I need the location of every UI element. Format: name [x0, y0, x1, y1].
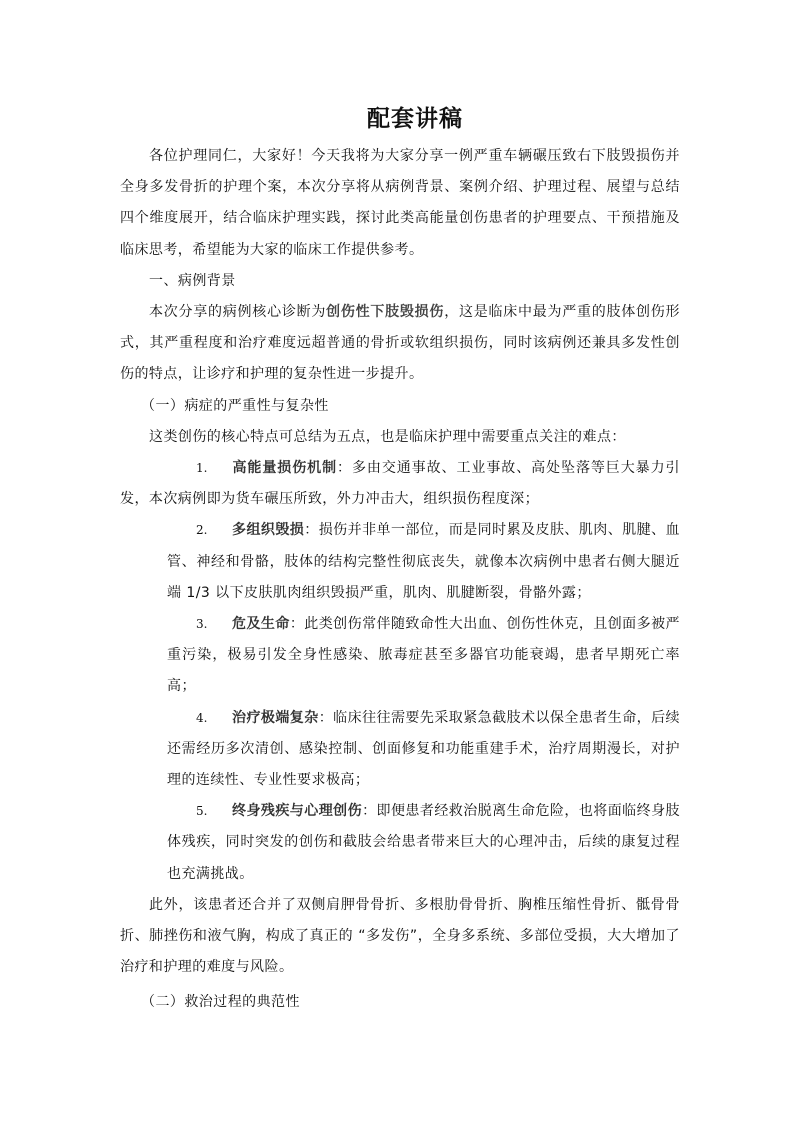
case-background-paragraph: 本次分享的病例核心诊断为创伤性下肢毁损伤，这是临床中最为严重的肢体创伤形式，其严… [120, 297, 680, 391]
document-body: 各位护理同仁，大家好！今天我将为大家分享一例严重车辆碾压致右下肢毁损伤并全身多发… [120, 141, 680, 1019]
list-number: 1. [196, 453, 232, 484]
document-page: 配套讲稿 各位护理同仁，大家好！今天我将为大家分享一例严重车辆碾压致右下肢毁损伤… [0, 0, 794, 1123]
subsection-heading-severity: （一）病症的严重性与复杂性 [120, 391, 680, 422]
list-item-label: 治疗极端复杂 [232, 710, 319, 726]
list-number: 5. [196, 796, 232, 827]
intro-paragraph: 各位护理同仁，大家好！今天我将为大家分享一例严重车辆碾压致右下肢毁损伤并全身多发… [120, 141, 680, 266]
list-number: 4. [196, 703, 232, 734]
list-item-1: 1.高能量损伤机制：多由交通事故、工业事故、高处坠落等巨大暴力引发，本次病例即为… [120, 453, 680, 515]
list-item-5: 5.终身残疾与心理创伤：即便患者经救治脱离生命危险，也将面临终身肢体残疾，同时突… [120, 796, 680, 890]
list-number: 2. [196, 515, 232, 546]
list-item-4: 4.治疗极端复杂：临床往往需要先采取紧急截肢术以保全患者生命，后续还需经历多次清… [120, 703, 680, 797]
list-item-label: 高能量损伤机制 [232, 460, 337, 476]
severity-lead-paragraph: 这类创伤的核心特点可总结为五点，也是临床护理中需要重点关注的难点： [120, 422, 680, 453]
subsection-heading-treatment: （二）救治过程的典范性 [120, 987, 680, 1018]
list-item-label: 多组织毁损 [232, 522, 304, 538]
list-item-label: 危及生命 [232, 616, 290, 632]
list-item-2: 2.多组织毁损：损伤并非单一部位，而是同时累及皮肤、肌肉、肌腱、血管、神经和骨骼… [120, 515, 680, 609]
multiple-trauma-paragraph: 此外，该患者还合并了双侧肩胛骨骨折、多根肋骨骨折、胸椎压缩性骨折、骶骨骨折、肺挫… [120, 890, 680, 984]
list-number: 3. [196, 609, 232, 640]
document-title: 配套讲稿 [0, 100, 794, 133]
list-item-3: 3.危及生命：此类创伤常伴随致命性大出血、创伤性休克，且创面多被严重污染，极易引… [120, 609, 680, 703]
list-item-label: 终身残疾与心理创伤 [232, 803, 362, 819]
diagnosis-highlight: 创伤性下肢毁损伤 [326, 304, 444, 320]
paragraph-text: 本次分享的病例核心诊断为 [149, 304, 326, 320]
section-heading-case-background: 一、病例背景 [120, 266, 680, 297]
